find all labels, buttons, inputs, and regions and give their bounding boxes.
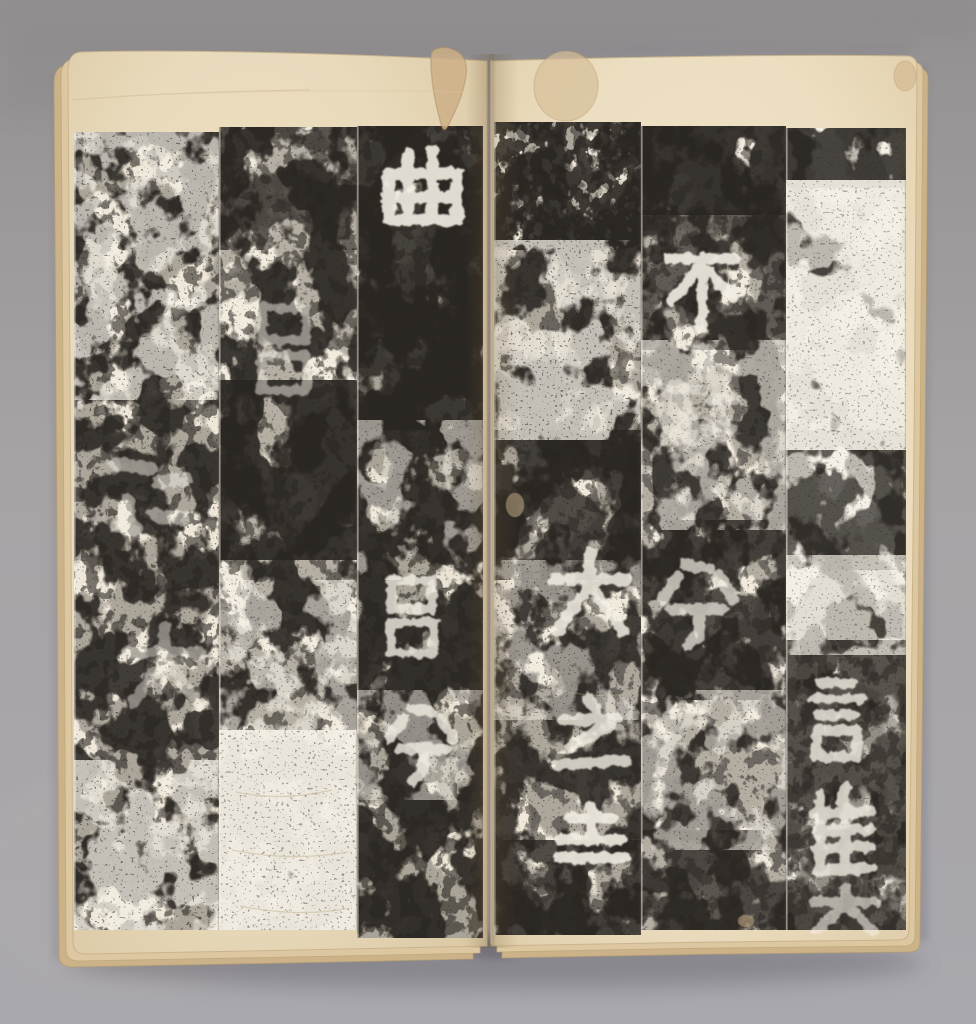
rubbing-album-photo	[0, 0, 976, 1024]
gutter-crease	[466, 54, 518, 948]
ink-texture	[641, 126, 786, 930]
ink-texture	[219, 127, 357, 930]
water-stain	[894, 61, 916, 91]
ink-texture	[74, 132, 219, 930]
rubbing-strip-right-2	[641, 126, 786, 930]
rubbing-strip-left-3	[357, 126, 483, 938]
photograph: Photograph of an open accordion album of…	[0, 0, 976, 1024]
water-stain	[738, 915, 754, 927]
ink-texture	[357, 126, 483, 938]
rubbing-strip-left-2	[219, 127, 357, 930]
rubbing-strip-left-1	[74, 132, 219, 930]
